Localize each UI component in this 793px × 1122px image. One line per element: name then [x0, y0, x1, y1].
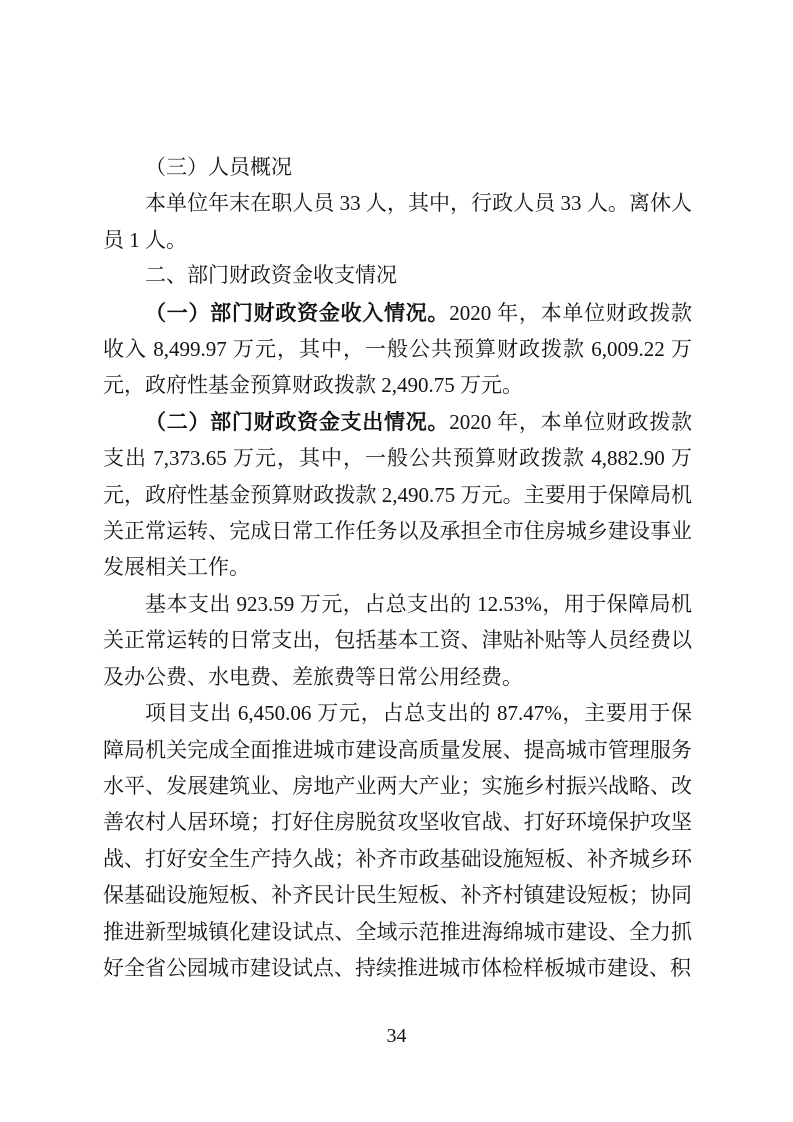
paragraph-expenditure: （二）部门财政资金支出情况。2020 年，本单位财政拨款支出 7,373.65 …: [103, 404, 692, 586]
document-content: （三）人员概况 本单位年末在职人员 33 人，其中，行政人员 33 人。离休人员…: [103, 149, 692, 986]
paragraph-income: （一）部门财政资金收入情况。2020 年，本单位财政拨款收入 8,499.97 …: [103, 295, 692, 404]
section-heading-finance: 二、部门财政资金收支情况: [103, 258, 692, 294]
paragraph-personnel: 本单位年末在职人员 33 人，其中，行政人员 33 人。离休人员 1 人。: [103, 185, 692, 258]
section-heading-personnel-overview: （三）人员概况: [103, 149, 692, 185]
paragraph-project-expenditure: 项目支出 6,450.06 万元，占总支出的 87.47%，主要用于保障局机关完…: [103, 695, 692, 986]
paragraph-income-lead: （一）部门财政资金收入情况。: [145, 301, 449, 325]
paragraph-expenditure-lead: （二）部门财政资金支出情况。: [145, 410, 449, 434]
page-number: 34: [0, 1022, 793, 1050]
document-page: （三）人员概况 本单位年末在职人员 33 人，其中，行政人员 33 人。离休人员…: [0, 0, 793, 1122]
paragraph-basic-expenditure: 基本支出 923.59 万元，占总支出的 12.53%，用于保障局机关正常运转的…: [103, 586, 692, 695]
paragraph-expenditure-text: 2020 年，本单位财政拨款支出 7,373.65 万元，其中，一般公共预算财政…: [103, 410, 692, 580]
